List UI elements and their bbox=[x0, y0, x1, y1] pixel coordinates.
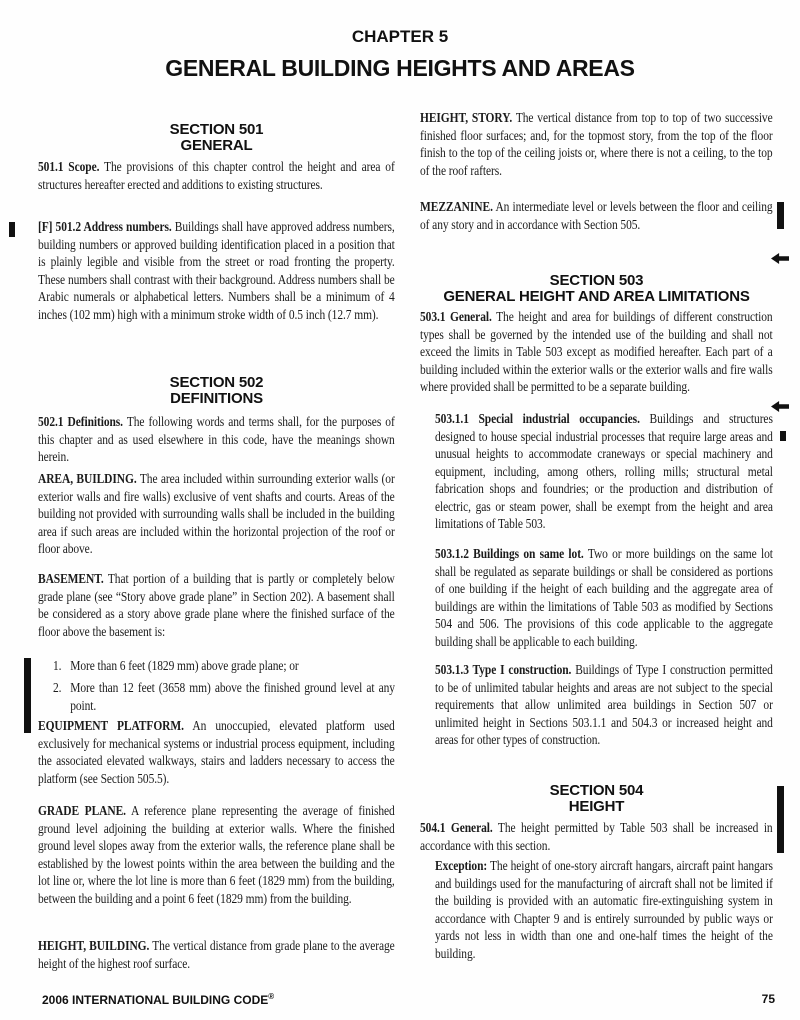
change-bar-icon bbox=[9, 222, 15, 237]
paragraph-501-1: 501.1 Scope. The provisions of this chap… bbox=[38, 159, 395, 194]
paragraph-text: Buildings and structures designed to hou… bbox=[435, 412, 773, 532]
paragraph-lead: [F] 501.2 Address numbers. bbox=[38, 220, 172, 235]
paragraph-lead: 504.1 General. bbox=[420, 821, 493, 836]
paragraph-502-1: 502.1 Definitions. The following words a… bbox=[38, 414, 395, 467]
change-bar-icon bbox=[777, 202, 784, 229]
section-number: SECTION 501 bbox=[38, 122, 395, 138]
revision-arrow-left-icon bbox=[771, 401, 789, 412]
section-502-heading: SECTION 502 DEFINITIONS bbox=[38, 375, 395, 407]
definition-term: MEZZANINE. bbox=[420, 200, 493, 215]
document-page: CHAPTER 5 GENERAL BUILDING HEIGHTS AND A… bbox=[0, 0, 800, 1020]
list-item-number: 1. bbox=[53, 658, 70, 676]
list-item-number: 2. bbox=[53, 680, 70, 715]
paragraph-lead: 501.1 Scope. bbox=[38, 160, 99, 175]
definition-area-building: AREA, BUILDING. The area included within… bbox=[38, 471, 395, 559]
registered-mark: ® bbox=[268, 992, 274, 1001]
definition-term: AREA, BUILDING. bbox=[38, 472, 137, 487]
paragraph-lead: 503.1.3 Type I construction. bbox=[435, 663, 571, 678]
paragraph-text: The height of one-story aircraft hangars… bbox=[435, 859, 773, 962]
paragraph-lead: 502.1 Definitions. bbox=[38, 415, 123, 430]
section-504-heading: SECTION 504 HEIGHT bbox=[420, 783, 773, 815]
definition-term: BASEMENT. bbox=[38, 572, 104, 587]
definition-basement: BASEMENT. That portion of a building tha… bbox=[38, 571, 395, 641]
paragraph-501-2: [F] 501.2 Address numbers. Buildings sha… bbox=[38, 219, 395, 324]
definition-height-building: HEIGHT, BUILDING. The vertical distance … bbox=[38, 938, 395, 973]
paragraph-504-exception: Exception: The height of one-story aircr… bbox=[435, 858, 773, 963]
section-501-heading: SECTION 501 GENERAL bbox=[38, 122, 395, 154]
section-title: GENERAL bbox=[38, 138, 395, 154]
paragraph-lead: 503.1.1 Special industrial occupancies. bbox=[435, 412, 640, 427]
paragraph-503-1-2: 503.1.2 Buildings on same lot. Two or mo… bbox=[435, 546, 773, 651]
section-number: SECTION 504 bbox=[420, 783, 773, 799]
definition-grade-plane: GRADE PLANE. A reference plane represent… bbox=[38, 803, 395, 908]
right-column: HEIGHT, STORY. The vertical distance fro… bbox=[420, 0, 773, 1020]
list-item: 2. More than 12 feet (3658 mm) above the… bbox=[53, 680, 395, 715]
paragraph-504-1: 504.1 General. The height permitted by T… bbox=[420, 820, 773, 855]
section-503-heading: SECTION 503 GENERAL HEIGHT AND AREA LIMI… bbox=[420, 273, 773, 305]
definition-mezzanine: MEZZANINE. An intermediate level or leve… bbox=[420, 199, 773, 234]
change-square-icon bbox=[780, 431, 786, 441]
left-column: SECTION 501 GENERAL 501.1 Scope. The pro… bbox=[38, 0, 395, 1020]
paragraph-503-1: 503.1 General. The height and area for b… bbox=[420, 309, 773, 397]
page-footer: 2006 INTERNATIONAL BUILDING CODE® 75 bbox=[42, 992, 775, 1007]
footer-brand-text: 2006 INTERNATIONAL BUILDING CODE bbox=[42, 993, 268, 1007]
definition-equipment-platform: EQUIPMENT PLATFORM. An unoccupied, eleva… bbox=[38, 718, 395, 788]
section-number: SECTION 502 bbox=[38, 375, 395, 391]
section-number: SECTION 503 bbox=[420, 273, 773, 289]
change-bar-icon bbox=[777, 786, 784, 853]
paragraph-lead: 503.1 General. bbox=[420, 310, 492, 325]
definition-term: EQUIPMENT PLATFORM. bbox=[38, 719, 184, 734]
paragraph-lead: 503.1.2 Buildings on same lot. bbox=[435, 547, 584, 562]
paragraph-503-1-1: 503.1.1 Special industrial occupancies. … bbox=[435, 411, 773, 534]
footer-brand: 2006 INTERNATIONAL BUILDING CODE® bbox=[42, 992, 274, 1007]
paragraph-503-1-3: 503.1.3 Type I construction. Buildings o… bbox=[435, 662, 773, 750]
paragraph-text: Buildings shall have approved address nu… bbox=[38, 220, 395, 323]
section-title: GENERAL HEIGHT AND AREA LIMITATIONS bbox=[420, 289, 773, 305]
definition-term: HEIGHT, STORY. bbox=[420, 111, 512, 126]
list-item-text: More than 12 feet (3658 mm) above the fi… bbox=[70, 680, 395, 715]
revision-arrow-left-icon bbox=[771, 253, 789, 264]
definition-height-story: HEIGHT, STORY. The vertical distance fro… bbox=[420, 110, 773, 180]
definition-term: HEIGHT, BUILDING. bbox=[38, 939, 149, 954]
definition-term: GRADE PLANE. bbox=[38, 804, 126, 819]
section-title: DEFINITIONS bbox=[38, 391, 395, 407]
list-item-text: More than 6 feet (1829 mm) above grade p… bbox=[70, 658, 395, 676]
list-item: 1. More than 6 feet (1829 mm) above grad… bbox=[53, 658, 395, 676]
page-number: 75 bbox=[762, 992, 775, 1006]
change-bar-icon bbox=[24, 658, 31, 733]
section-title: HEIGHT bbox=[420, 799, 773, 815]
definition-text: A reference plane representing the avera… bbox=[38, 804, 395, 907]
paragraph-lead: Exception: bbox=[435, 859, 487, 874]
paragraph-text: Two or more buildings on the same lot sh… bbox=[435, 547, 773, 650]
